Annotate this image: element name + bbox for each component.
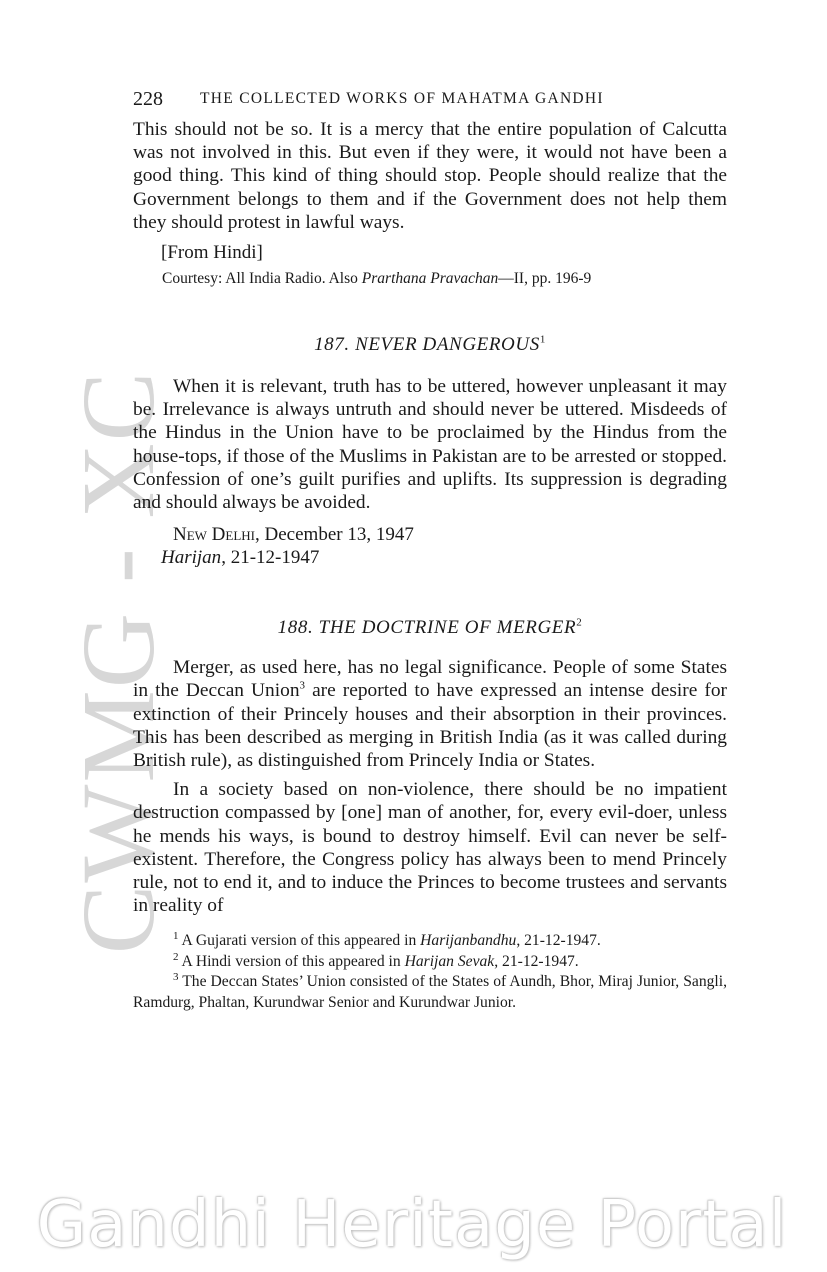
footnote-ref: 1 xyxy=(540,334,546,346)
footnote-title: Harijanbandhu xyxy=(420,932,516,949)
item-title: 188. THE DOCTRINE OF MERGER xyxy=(278,617,577,638)
page-number: 228 xyxy=(133,88,163,111)
bottom-watermark: Gandhi Heritage Portal xyxy=(12,1188,812,1262)
item-188: 188. THE DOCTRINE OF MERGER2 Merger, as … xyxy=(133,617,727,917)
paragraph: Merger, as used here, has no legal signi… xyxy=(133,656,727,772)
courtesy-suffix: —II, pp. 196-9 xyxy=(498,270,591,287)
item-heading: 187. NEVER DANGEROUS1 xyxy=(133,334,727,356)
item-heading: 188. THE DOCTRINE OF MERGER2 xyxy=(133,617,727,639)
paragraph: This should not be so. It is a mercy tha… xyxy=(133,118,727,234)
source-line: Harijan, 21-12-1947 xyxy=(161,547,727,569)
footnotes: 1 A Gujarati version of this appeared in… xyxy=(133,931,727,1013)
footnote-ref: 2 xyxy=(576,617,582,629)
footnote: 3 The Deccan States’ Union consisted of … xyxy=(133,972,727,1013)
courtesy-line: Courtesy: All India Radio. Also Prarthan… xyxy=(162,270,727,288)
book-title: THE COLLECTED WORKS OF MAHATMA GANDHI xyxy=(200,90,604,108)
footnote-text: A Hindi version of this appeared in xyxy=(179,953,405,970)
courtesy-prefix: Courtesy: All India Radio. Also xyxy=(162,270,362,287)
previous-item-tail: This should not be so. It is a mercy tha… xyxy=(133,118,727,288)
place-date-line: New Delhi, December 13, 1947 xyxy=(173,524,727,546)
courtesy-title: Prarthana Pravachan xyxy=(362,270,498,287)
running-head: 228 THE COLLECTED WORKS OF MAHATMA GANDH… xyxy=(133,88,727,118)
book-page: 228 THE COLLECTED WORKS OF MAHATMA GANDH… xyxy=(133,88,727,1013)
footnote-text: , 21-12-1947. xyxy=(516,932,600,949)
place: New Delhi xyxy=(173,524,255,545)
source-title: Harijan xyxy=(161,547,221,568)
footnote-text: , 21-12-1947. xyxy=(494,953,578,970)
footnote-title: Harijan Sevak xyxy=(405,953,495,970)
item-title: 187. NEVER DANGEROUS xyxy=(314,334,540,355)
footnote: 1 A Gujarati version of this appeared in… xyxy=(133,931,727,952)
paragraph: When it is relevant, truth has to be utt… xyxy=(133,375,727,514)
source-language-note: [From Hindi] xyxy=(161,242,727,264)
footnote-text: The Deccan States’ Union consisted of th… xyxy=(133,973,727,1011)
item-187: 187. NEVER DANGEROUS1 When it is relevan… xyxy=(133,334,727,569)
source-date: , 21-12-1947 xyxy=(221,547,319,568)
footnote-text: A Gujarati version of this appeared in xyxy=(179,932,421,949)
date: , December 13, 1947 xyxy=(255,524,414,545)
paragraph: In a society based on non-violence, ther… xyxy=(133,778,727,917)
footnote: 2 A Hindi version of this appeared in Ha… xyxy=(133,952,727,973)
